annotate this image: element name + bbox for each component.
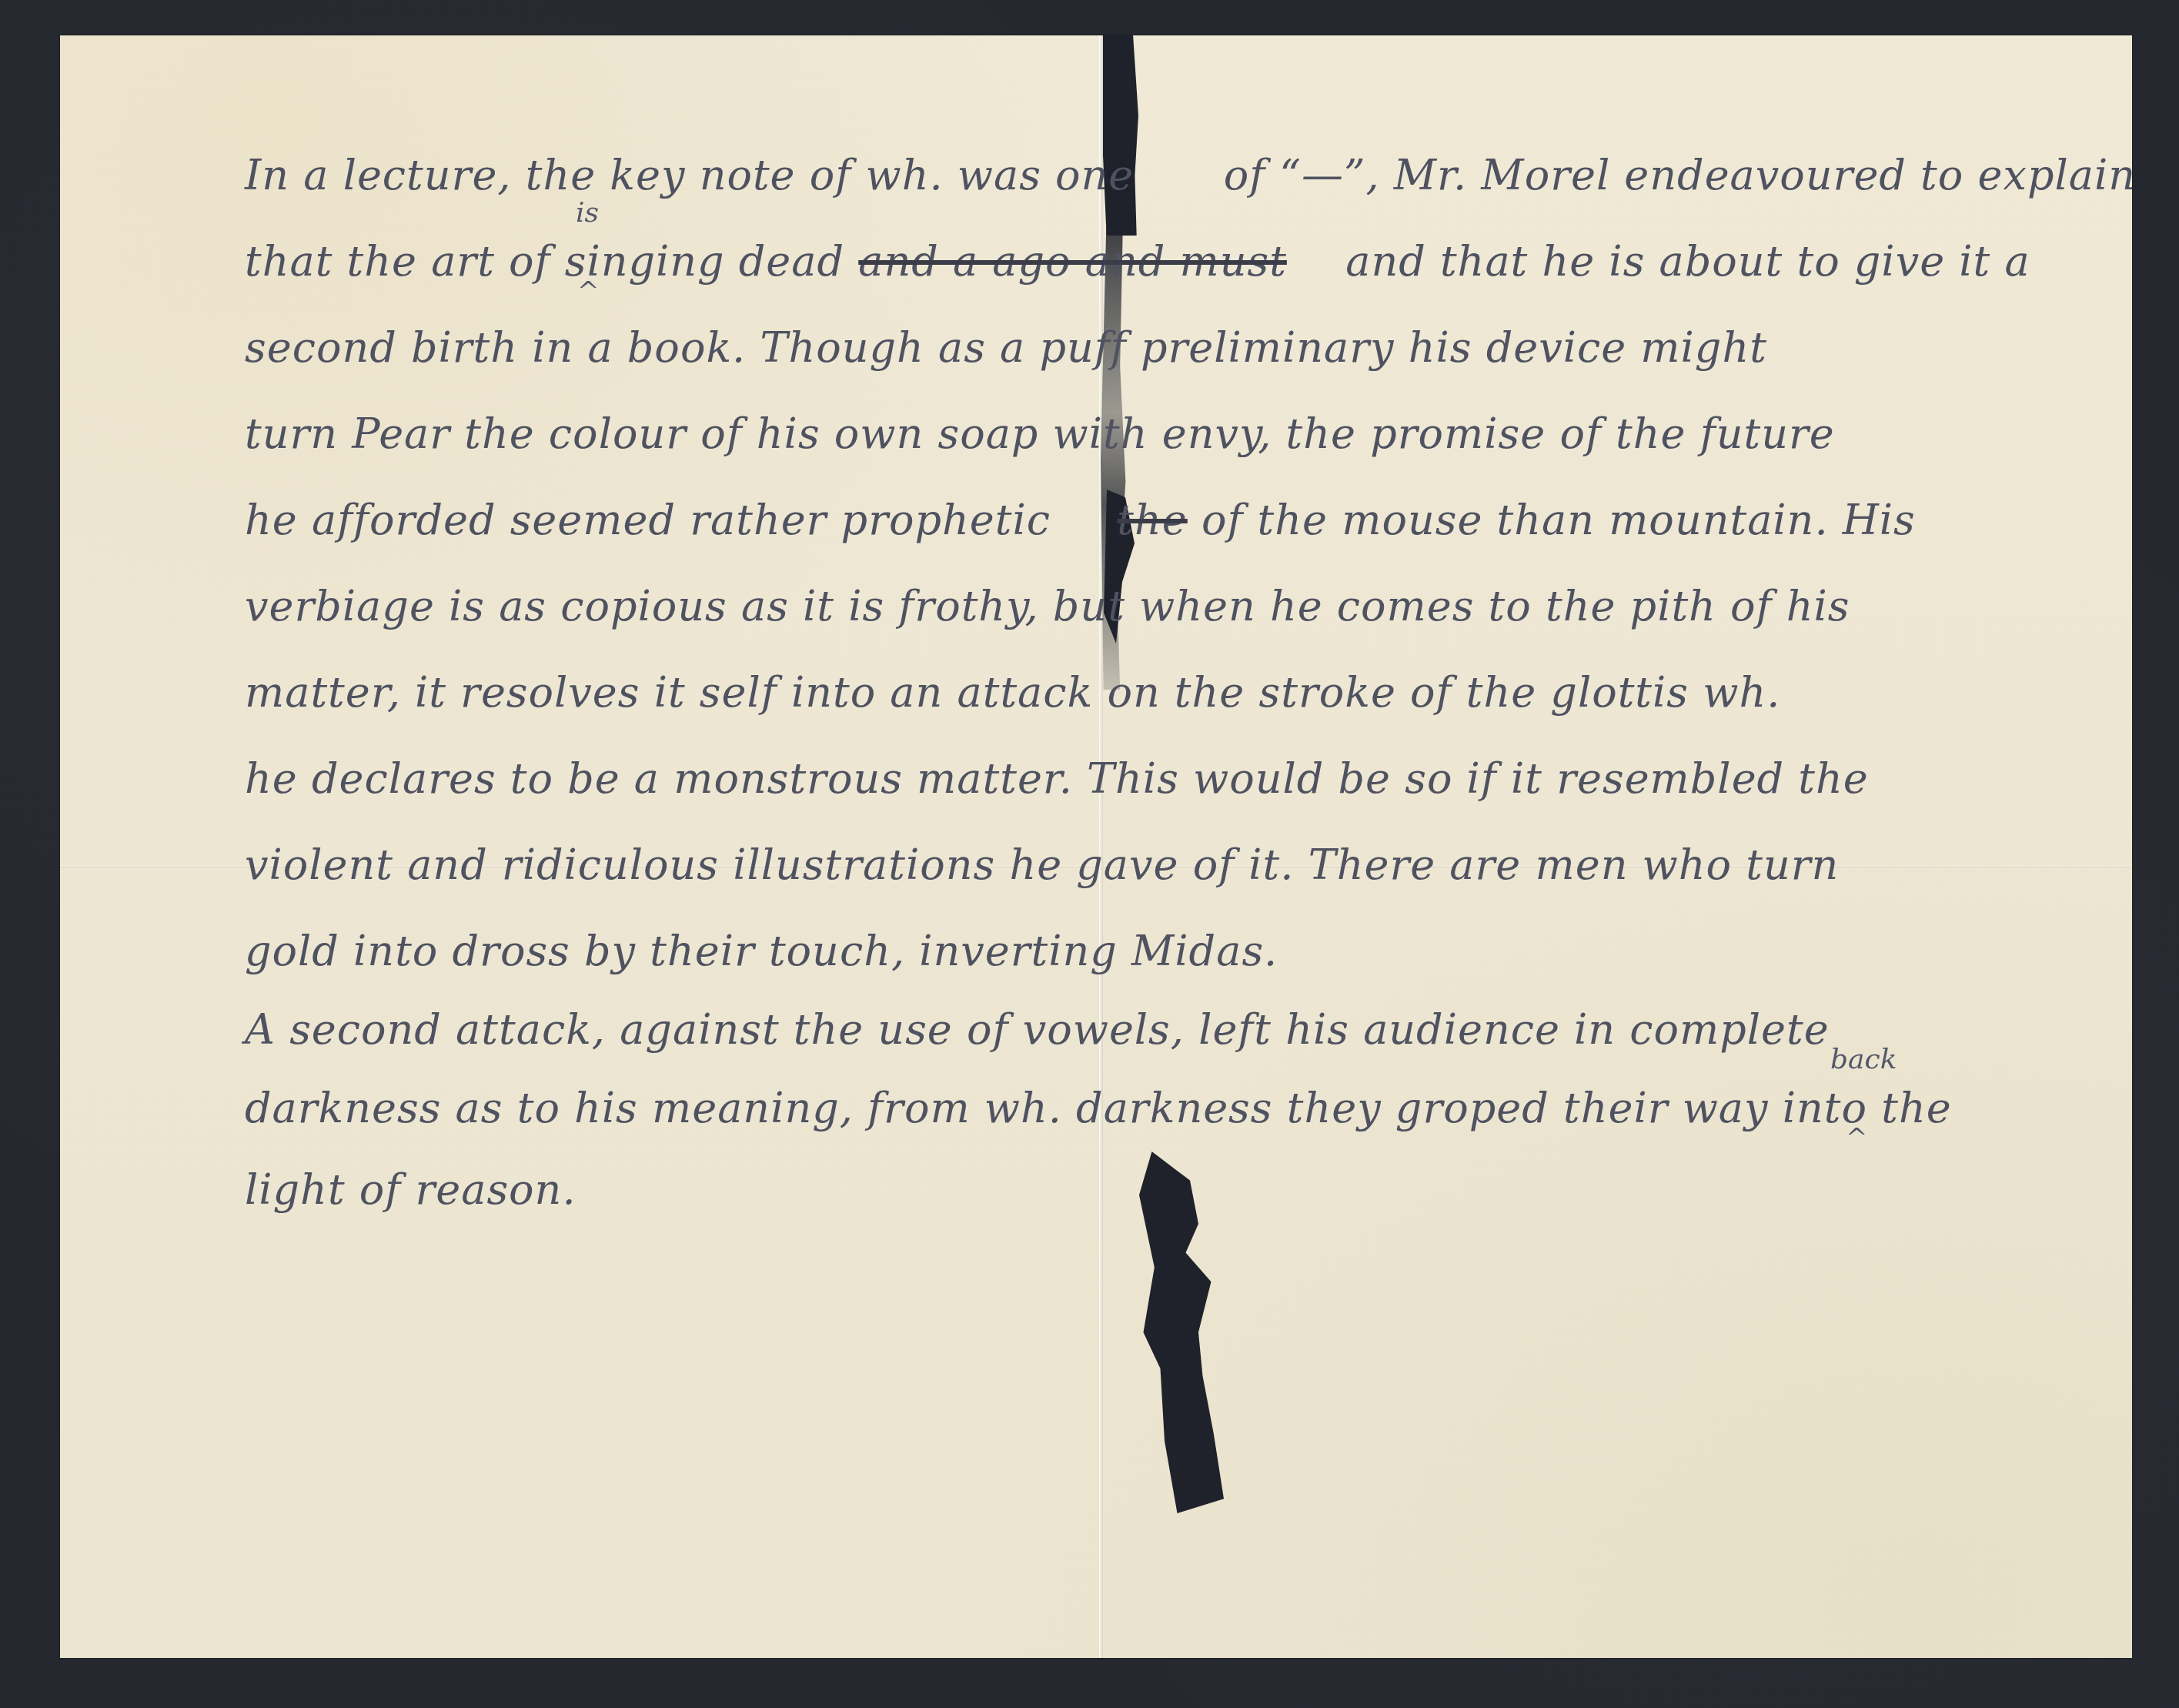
line-12-after: into the xyxy=(1783,1084,1952,1132)
torn-strip-top xyxy=(1103,35,1138,236)
line-2-struck-text: and a ago and must xyxy=(858,237,1287,286)
line-12-before: darkness as to his meaning, from wh. dar… xyxy=(245,1084,1769,1132)
manuscript-line-7: matter, it resolves it self into an atta… xyxy=(245,668,1780,717)
manuscript-line-1: In a lecture, the key note of wh. was on… xyxy=(245,151,2136,199)
manuscript-line-13: light of reason. xyxy=(245,1165,576,1214)
line-2-before: that the art of singing xyxy=(245,237,725,286)
insertion-is: is xyxy=(576,197,599,229)
torn-strip-bottom xyxy=(1139,1151,1224,1513)
insertion-back: back xyxy=(1830,1044,1897,1075)
manuscript-line-12: darkness as to his meaning, from wh. dar… xyxy=(245,1084,1952,1132)
line-1-left: In a lecture, the key note of wh. was on… xyxy=(245,151,1134,199)
line-2-dead: dead xyxy=(739,237,844,286)
line-5-right: of the mouse than mountain. His xyxy=(1201,496,1916,544)
manuscript-page: In a lecture, the key note of wh. was on… xyxy=(60,35,2132,1658)
line-5-left: he afforded seemed rather prophetic xyxy=(245,496,1051,544)
manuscript-line-2: that the art of singing dead and a ago a… xyxy=(245,237,2030,286)
manuscript-line-6: verbiage is as copious as it is frothy, … xyxy=(245,582,1850,630)
line-5-struck: the xyxy=(1117,496,1187,544)
manuscript-line-9: violent and ridiculous illustrations he … xyxy=(245,841,1839,889)
manuscript-line-4: turn Pear the colour of his own soap wit… xyxy=(245,409,1835,458)
manuscript-line-8: he declares to be a monstrous matter. Th… xyxy=(245,754,1869,803)
manuscript-line-3: second birth in a book. Though as a puff… xyxy=(245,323,1767,372)
manuscript-line-11: A second attack, against the use of vowe… xyxy=(245,1005,1830,1054)
line-2-after: and that he is about to give it a xyxy=(1345,237,2030,286)
line-1-right: of “—”, Mr. Morel endeavoured to explain xyxy=(1224,151,2136,199)
manuscript-line-10: gold into dross by their touch, invertin… xyxy=(245,927,1278,975)
manuscript-line-5: he afforded seemed rather prophetic the … xyxy=(245,496,1916,544)
